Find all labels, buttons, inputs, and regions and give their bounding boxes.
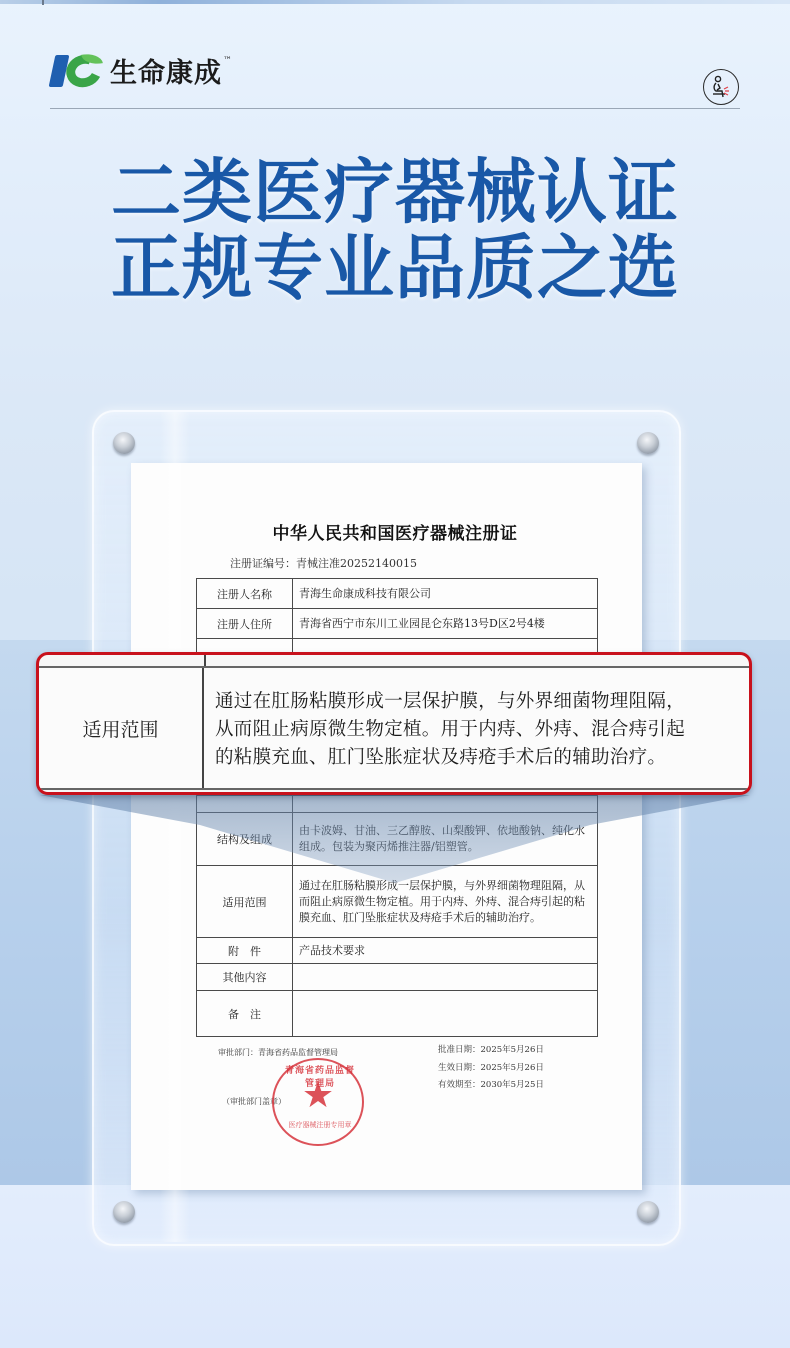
callout-key: 适用范围 (39, 668, 204, 788)
row-value (293, 991, 598, 1037)
row-key: 其他内容 (197, 964, 293, 991)
callout-line: 的粘膜充血、肛门坠胀症状及痔疮手术后的辅助治疗。 (215, 744, 752, 772)
row-key: 适用范围 (197, 866, 293, 938)
screw-icon (113, 1201, 135, 1223)
row-value: 青海省西宁市东川工业园昆仑东路13号D区2号4楼 (293, 609, 598, 639)
certificate-table-bottom: 结构及组成 由卡波姆、甘油、三乙醇胺、山梨酸钾、依地酸钠、纯化水组成。包装为聚丙… (196, 795, 598, 1037)
hemorrhoid-pain-person-icon (703, 69, 739, 105)
callout-line: 从而阻止病原微生物定植。用于内痔、外痔、混合痔引起 (215, 716, 752, 744)
row-key: 备 注 (197, 991, 293, 1037)
row-key: 附 件 (197, 938, 293, 964)
trademark: ™ (223, 56, 232, 66)
table-row: 注册人住所 青海省西宁市东川工业园昆仑东路13号D区2号4楼 (197, 609, 598, 639)
top-strip (0, 0, 790, 4)
row-value: 产品技术要求 (293, 938, 598, 964)
table-row: 注册人名称 青海生命康成科技有限公司 (197, 579, 598, 609)
table-row: 适用范围 通过在肛肠粘膜形成一层保护膜，与外界细菌物理阻隔，从而阻止病原微生物定… (197, 866, 598, 938)
seal-bottom-text: 医疗器械注册专用章 (284, 1120, 356, 1130)
certificate-title: 中华人民共和国医疗器械注册证 (0, 519, 790, 544)
approval-department: 审批部门：青海省药品监督管理局 (218, 1047, 338, 1058)
callout-value: 通过在肛肠粘膜形成一层保护膜，与外界细菌物理阻隔， 从而阻止病原微生物定植。用于… (215, 688, 752, 772)
screw-icon (637, 1201, 659, 1223)
callout-line: 通过在肛肠粘膜形成一层保护膜，与外界细菌物理阻隔， (215, 688, 752, 716)
row-value (293, 964, 598, 991)
table-row: 其他内容 (197, 964, 598, 991)
brand-logo: 生命康成 ™ (52, 50, 232, 90)
headline-line-2: 正规专业品质之选 (0, 233, 790, 303)
table-row: 附 件 产品技术要求 (197, 938, 598, 964)
headline-line-1: 二类医疗器械认证 (0, 157, 790, 227)
row-key: 注册人住所 (197, 609, 293, 639)
row-value: 由卡波姆、甘油、三乙醇胺、山梨酸钾、依地酸钠、纯化水组成。包装为聚丙烯推注器/铝… (293, 813, 598, 866)
effective-date: 生效日期：2025年5月26日 (438, 1061, 544, 1073)
logo-text: 生命康成 (110, 51, 222, 90)
table-row: 结构及组成 由卡波姆、甘油、三乙醇胺、山梨酸钾、依地酸钠、纯化水组成。包装为聚丙… (197, 813, 598, 866)
approval-date: 批准日期：2025年5月26日 (438, 1043, 544, 1055)
table-row-hidden (197, 796, 598, 813)
official-seal: 青海省药品监督管理局 ★ 医疗器械注册专用章 (272, 1058, 364, 1146)
seal-star-icon: ★ (274, 1078, 362, 1114)
logo-mark-icon (52, 51, 106, 89)
row-value: 通过在肛肠粘膜形成一层保护膜，与外界细菌物理阻隔，从而阻止病原微生物定植。用于内… (293, 866, 598, 938)
row-value: 青海生命康成科技有限公司 (293, 579, 598, 609)
valid-until-date: 有效期至：2030年5月25日 (438, 1078, 544, 1090)
screw-icon (113, 432, 135, 454)
registration-number: 注册证编号：青械注准20252140015 (230, 555, 417, 571)
row-key: 注册人名称 (197, 579, 293, 609)
screw-icon (637, 432, 659, 454)
scope-callout: 适用范围 通过在肛肠粘膜形成一层保护膜，与外界细菌物理阻隔， 从而阻止病原微生物… (36, 652, 752, 795)
table-row: 备 注 (197, 991, 598, 1037)
header-divider (50, 108, 740, 109)
row-key: 结构及组成 (197, 813, 293, 866)
